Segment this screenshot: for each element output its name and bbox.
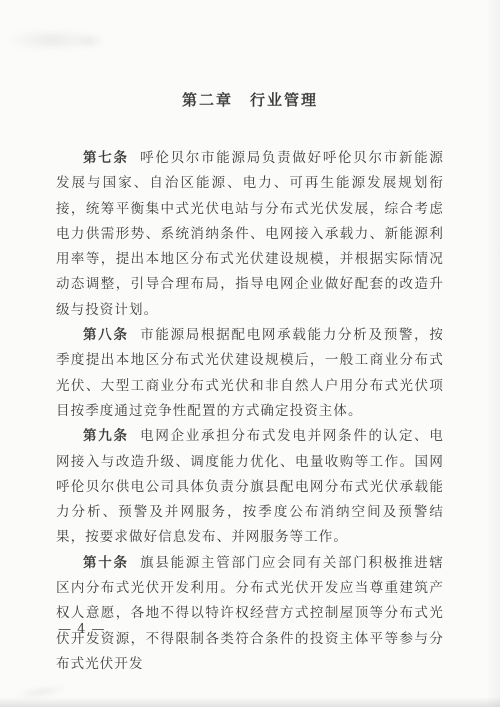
- article-number-label: 第八条: [83, 327, 129, 343]
- page-number: — 4 —: [58, 622, 106, 637]
- article-text: 呼伦贝尔市能源局负责做好呼伦贝尔市新能源发展与国家、自治区能源、电力、可再生能源…: [56, 150, 444, 318]
- document-page: 第二章 行业管理 第七条呼伦贝尔市能源局负责做好呼伦贝尔市新能源发展与国家、自治…: [0, 0, 500, 707]
- article-paragraph: 第七条呼伦贝尔市能源局负责做好呼伦贝尔市新能源发展与国家、自治区能源、电力、可再…: [56, 146, 444, 323]
- article-text: 旗县能源主管部门应会同有关部门积极推进辖区内分布式光伏开发利用。分布式光伏开发应…: [56, 555, 444, 672]
- document-body: 第七条呼伦贝尔市能源局负责做好呼伦贝尔市新能源发展与国家、自治区能源、电力、可再…: [56, 146, 444, 677]
- article-number-label: 第九条: [83, 428, 129, 444]
- article-paragraph: 第十条旗县能源主管部门应会同有关部门积极推进辖区内分布式光伏开发利用。分布式光伏…: [56, 551, 444, 677]
- article-number-label: 第十条: [83, 555, 129, 571]
- scan-smudge: [5, 680, 76, 704]
- article-text: 电网企业承担分布式发电并网条件的认定、电网接入与改造升级、调度能力优化、电量收购…: [56, 428, 444, 545]
- article-paragraph: 第八条市能源局根据配电网承载能力分析及预警，按季度提出本地区分布式光伏建设规模后…: [56, 323, 444, 424]
- article-number-label: 第七条: [83, 150, 129, 166]
- chapter-title: 第二章 行业管理: [0, 0, 500, 110]
- scan-edge-shadow: [0, 697, 500, 707]
- article-paragraph: 第九条电网企业承担分布式发电并网条件的认定、电网接入与改造升级、调度能力优化、电…: [56, 424, 444, 550]
